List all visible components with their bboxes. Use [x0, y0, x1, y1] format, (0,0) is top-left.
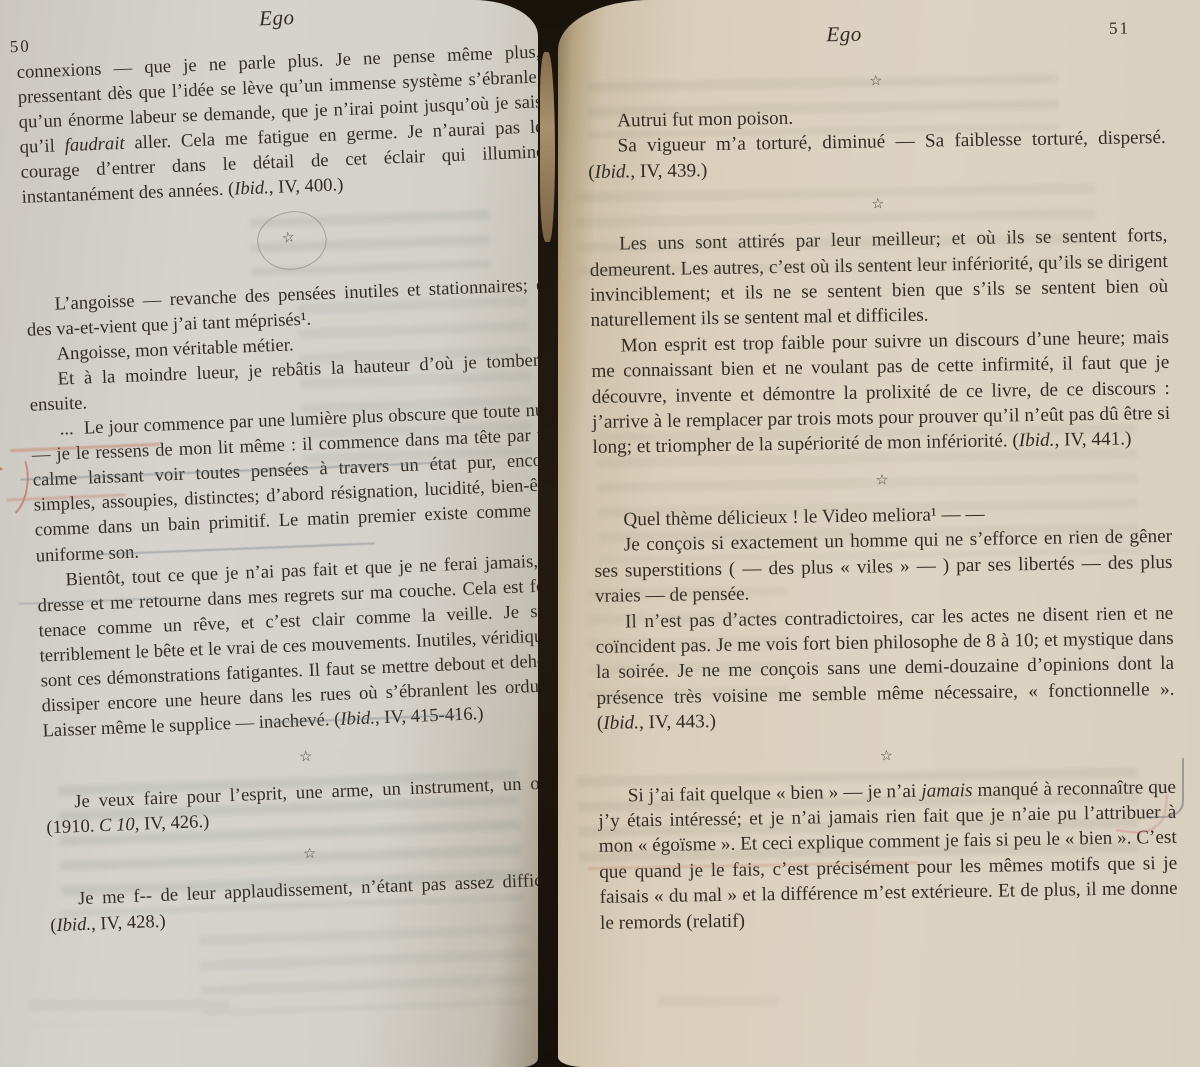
left-page-body: connexions — que je ne parle plus. Je ne… — [16, 39, 538, 938]
section-separator: ☆ — [593, 464, 1171, 496]
paragraph: Je me f-- de leur applaudissement, n’éta… — [49, 867, 538, 938]
paragraph: Je conçois si exactement un homme qui ne… — [594, 524, 1173, 609]
section-separator: ☆ — [47, 832, 538, 876]
star-icon: ☆ — [880, 745, 893, 767]
star-icon: ☆ — [875, 469, 888, 491]
section-separator: ☆ — [23, 202, 538, 281]
red-pencil-margin-mark — [0, 449, 33, 522]
right-page-body: ☆Autrui fut mon poison.Sa vigueur m’a to… — [587, 65, 1178, 936]
red-pencil-margin-mark — [0, 429, 31, 478]
right-page: Ego 51 ☆Autrui fut mon poison.Sa vigueur… — [558, 0, 1200, 1067]
paragraph: Il n’est pas d’actes contradictoires, ca… — [595, 600, 1175, 736]
section-separator: ☆ — [587, 65, 1165, 97]
running-head-right: Ego — [558, 17, 1164, 52]
paragraph: Je veux faire pour l’esprit, une arme, u… — [45, 770, 538, 841]
right-page-header: Ego 51 — [586, 1, 1165, 62]
paragraph: Sa vigueur m’a torturé, diminué — Sa fai… — [588, 125, 1167, 185]
star-icon: ☆ — [869, 70, 882, 92]
page-block-edge — [540, 52, 555, 242]
paragraph: connexions — que je ne parle plus. Je ne… — [16, 39, 538, 210]
section-separator: ☆ — [589, 188, 1167, 220]
bleedthrough-text — [658, 996, 778, 1020]
section-separator: ☆ — [44, 735, 538, 779]
section-separator: ☆ — [597, 739, 1175, 771]
paragraph: Mon esprit est trop faible pour suivre u… — [591, 325, 1171, 461]
running-head-left: Ego — [15, 0, 538, 41]
star-icon-pencil-circled: ☆ — [253, 206, 330, 274]
paragraph: Si j’ai fait quelque « bien » — je n’ai … — [598, 774, 1178, 935]
star-icon: ☆ — [303, 843, 317, 865]
left-page: 50 Ego connexions — que je ne parle plus… — [0, 0, 538, 1067]
bleedthrough-text — [30, 1000, 230, 1026]
paragraph: Les uns sont attirés par leur meilleur; … — [589, 223, 1169, 334]
paragraph: Bientôt, tout ce que je n’ai pas fait et… — [36, 548, 538, 744]
paragraph: ... Le jour commence par une lumière plu… — [30, 397, 538, 568]
star-icon: ☆ — [299, 746, 313, 768]
open-book-photo: 50 Ego connexions — que je ne parle plus… — [0, 0, 1200, 1067]
bleedthrough-text — [199, 924, 532, 1015]
star-icon: ☆ — [871, 194, 884, 216]
page-number-right: 51 — [1109, 15, 1130, 41]
